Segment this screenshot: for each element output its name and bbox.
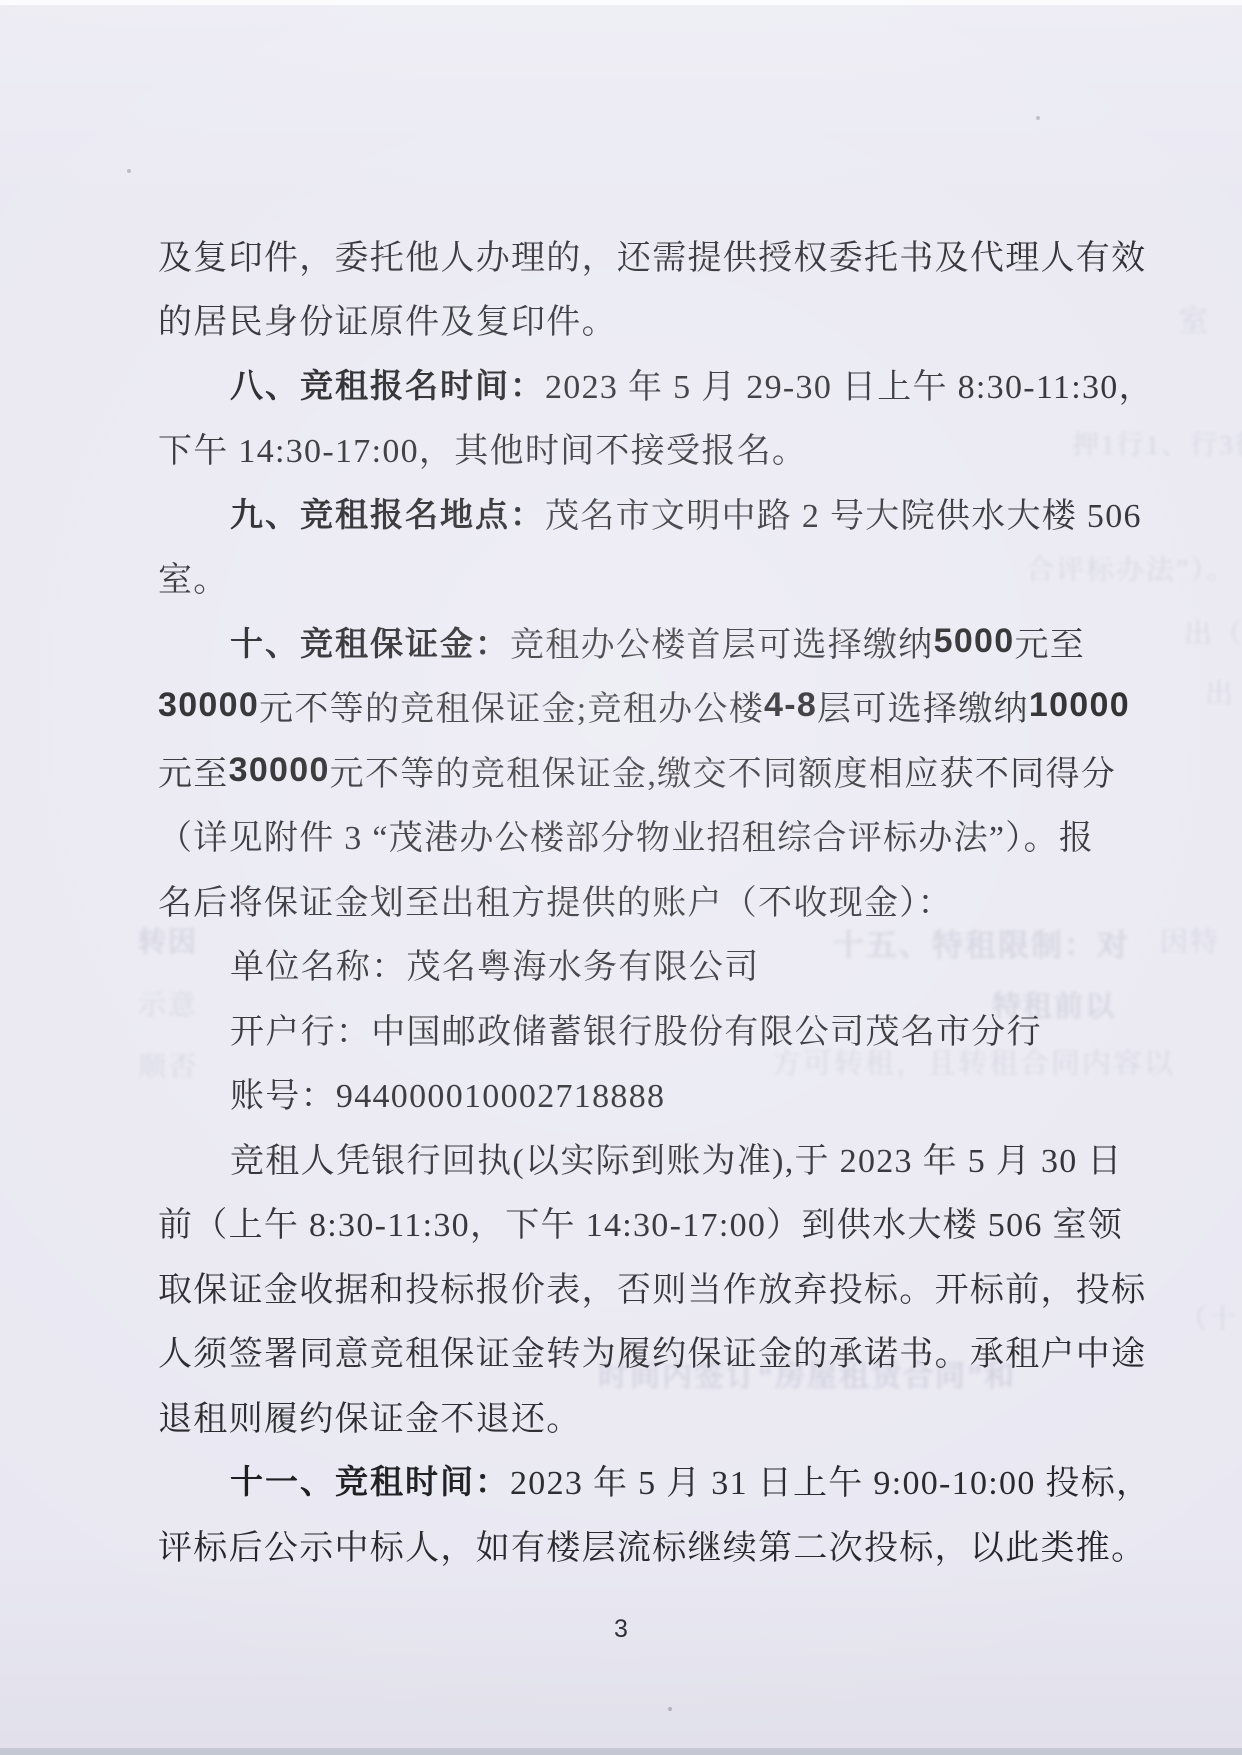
text-line: 竞租人凭银行回执(以实际到账为准),于 2023 年 5 月 30 日 — [158, 1125, 1118, 1190]
text-segment: 室。 — [158, 552, 229, 601]
text-line: 八、竞租报名时间：2023 年 5 月 29-30 日上午 8:30-11:30… — [158, 351, 1118, 416]
scan-speck — [668, 1707, 672, 1711]
text-line: 30000 元不等的竞租保证金;竞租办公楼 4-8 层可选择缴纳 10000 — [158, 674, 1118, 739]
document-body: 及复印件，委托他人办理的，还需提供授权委托书及代理人有效的居民身份证原件及复印件… — [158, 222, 1118, 1577]
text-segment: 人须签署同意竞租保证金转为履约保证金的承诺书。承租户中途 — [158, 1326, 1146, 1375]
text-segment: 账号：944000010002718888 — [230, 1068, 665, 1117]
text-line: 名后将保证金划至出租方提供的账户（不收现金）： — [158, 867, 1118, 932]
text-segment-bold-head: 十一、竞租时间： — [230, 1456, 510, 1503]
text-segment: 开户行：中国邮政储蓄银行股份有限公司茂名市分行 — [230, 1004, 1042, 1053]
text-segment: 层可选择缴纳 — [817, 681, 1029, 730]
text-line: （详见附件 3 “茂港办公楼部分物业招租综合评标办法”）。报 — [158, 803, 1118, 868]
text-line: 九、竞租报名地点：茂名市文明中路 2 号大院供水大楼 506 — [158, 480, 1118, 545]
text-line: 元至 30000 元不等的竞租保证金,缴交不同额度相应获不同得分 — [158, 738, 1118, 803]
scan-speck — [366, 1155, 370, 1159]
text-line: 人须签署同意竞租保证金转为履约保证金的承诺书。承租户中途 — [158, 1319, 1118, 1384]
text-segment: 茂名市文明中路 2 号大院供水大楼 506 — [545, 488, 1142, 537]
bleed-through-text: 因特 — [1160, 920, 1220, 960]
scanned-document-page: 室押1行1、行3行1、合评标办法”）。出（出转因十五、特租限制：对因特示意特租前… — [0, 0, 1242, 1755]
text-segment: （详见附件 3 “茂港办公楼部分物业招租综合评标办法”）。报 — [158, 810, 1094, 859]
bleed-through-text: 出（ — [1184, 612, 1242, 652]
scan-edge-top — [0, 0, 1242, 5]
text-line: 十、竞租保证金：竞租办公楼首层可选择缴纳 5000 元至 — [158, 609, 1118, 674]
scan-speck — [1036, 116, 1040, 120]
text-line: 单位名称：茂名粤海水务有限公司 — [158, 932, 1118, 997]
text-segment: 元不等的竞租保证金,缴交不同额度相应获不同得分 — [330, 746, 1116, 795]
text-line: 十一、竞租时间：2023 年 5 月 31 日上午 9:00-10:00 投标， — [158, 1448, 1118, 1513]
text-segment: 单位名称：茂名粤海水务有限公司 — [230, 939, 760, 988]
text-segment: 下午 14:30-17:00，其他时间不接受报名。 — [158, 423, 807, 472]
text-line: 退租则履约保证金不退还。 — [158, 1383, 1118, 1448]
text-segment: 前（上午 8:30-11:30，下午 14:30-17:00）到供水大楼 506… — [158, 1197, 1123, 1246]
text-line: 前（上午 8:30-11:30，下午 14:30-17:00）到供水大楼 506… — [158, 1190, 1118, 1255]
text-segment: 退租则履约保证金不退还。 — [158, 1391, 582, 1440]
text-line: 下午 14:30-17:00，其他时间不接受报名。 — [158, 416, 1118, 481]
text-segment-bold-num: 30000 — [158, 686, 259, 725]
text-line: 开户行：中国邮政储蓄银行股份有限公司茂名市分行 — [158, 996, 1118, 1061]
text-segment: 元至 — [158, 746, 229, 795]
text-segment: 评标后公示中标人，如有楼层流标继续第二次投标，以此类推。 — [158, 1520, 1146, 1569]
text-line: 的居民身份证原件及复印件。 — [158, 287, 1118, 352]
scan-speck — [127, 169, 131, 173]
text-segment: 及复印件，委托他人办理的，还需提供授权委托书及代理人有效 — [158, 230, 1146, 279]
text-segment: 元至 — [1014, 617, 1085, 666]
page-number: 3 — [0, 1615, 1242, 1644]
text-segment: 2023 年 5 月 31 日上午 9:00-10:00 投标， — [510, 1455, 1151, 1504]
text-segment-bold-head: 九、竞租报名地点： — [230, 489, 545, 536]
text-line: 账号：944000010002718888 — [158, 1061, 1118, 1126]
text-line: 及复印件，委托他人办理的，还需提供授权委托书及代理人有效 — [158, 222, 1118, 287]
text-segment: 取保证金收据和投标报价表，否则当作放弃投标。开标前，投标 — [158, 1262, 1146, 1311]
text-segment-bold-num: 4-8 — [764, 686, 817, 725]
bleed-through-text: （十 — [1180, 1297, 1238, 1336]
bleed-through-text: 室 — [1178, 296, 1210, 340]
text-line: 评标后公示中标人，如有楼层流标继续第二次投标，以此类推。 — [158, 1512, 1118, 1577]
text-segment-bold-num: 10000 — [1029, 686, 1130, 725]
text-segment: 元不等的竞租保证金;竞租办公楼 — [259, 681, 764, 730]
text-segment-bold-num: 30000 — [229, 751, 330, 790]
text-segment: 竞租人凭银行回执(以实际到账为准),于 2023 年 5 月 30 日 — [230, 1133, 1123, 1182]
text-segment-bold-num: 5000 — [934, 622, 1015, 661]
bleed-through-text: 出 — [1205, 672, 1235, 712]
text-segment-bold-head: 八、竞租报名时间： — [230, 360, 545, 407]
text-segment: 竞租办公楼首层可选择缴纳 — [510, 617, 934, 666]
scan-edge-bottom — [0, 1748, 1242, 1755]
text-segment: 2023 年 5 月 29-30 日上午 8:30-11:30， — [545, 359, 1154, 408]
text-segment: 的居民身份证原件及复印件。 — [158, 294, 617, 343]
text-segment-bold-head: 十、竞租保证金： — [230, 618, 510, 665]
text-line: 室。 — [158, 545, 1118, 610]
text-line: 取保证金收据和投标报价表，否则当作放弃投标。开标前，投标 — [158, 1254, 1118, 1319]
text-segment: 名后将保证金划至出租方提供的账户（不收现金）： — [158, 875, 953, 924]
